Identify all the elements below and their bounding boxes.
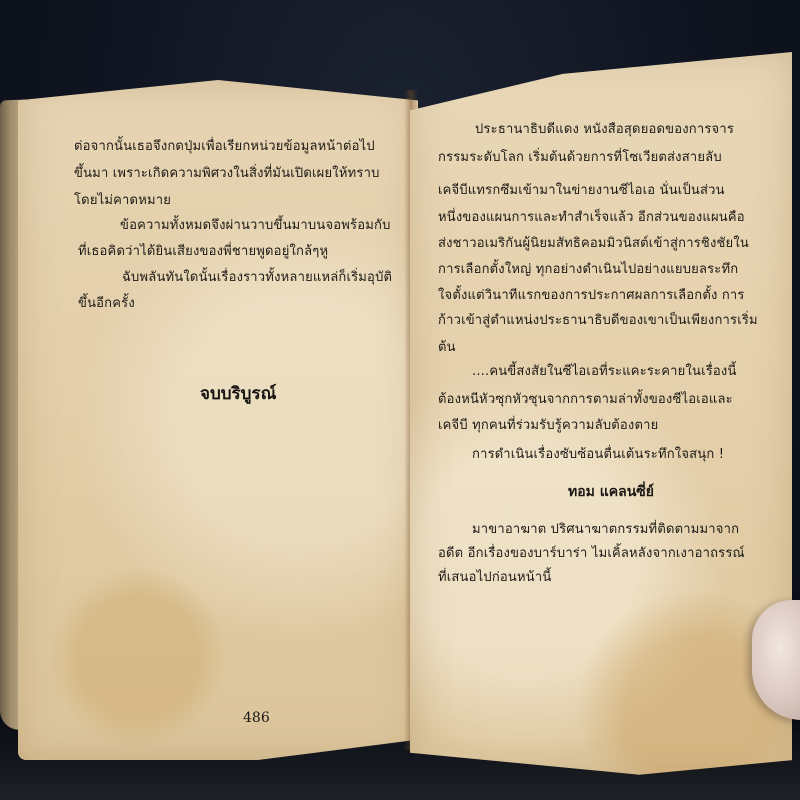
right-line-10: ....คนขี้สงสัยในซีไอเอที่ระแคะระคายในเรื… xyxy=(472,360,737,381)
right-next-line-3: ที่เสนอไปก่อนหน้านี้ xyxy=(438,566,551,587)
author-name: ทอม แคลนซี่ย์ xyxy=(568,481,654,503)
right-line-6: การเลือกตั้งใหญ่ ทุกอย่างดำเนินไปอย่างแย… xyxy=(438,258,738,279)
right-line-9: ต้น xyxy=(438,336,456,357)
left-line-5: ที่เธอคิดว่าได้ยินเสียงของพี่ชายพูดอยู่ใ… xyxy=(78,240,328,261)
right-next-line-2: อดีต อีกเรื่องของบาร์บาร่า ไมเคิ้ลหลังจา… xyxy=(438,542,745,563)
left-line-7: ขึ้นอีกครั้ง xyxy=(78,292,135,313)
left-line-2: ขึ้นมา เพราะเกิดความพิศวงในสิ่งที่มันเปิ… xyxy=(74,162,380,183)
right-line-3: เคจีบีแทรกซึมเข้ามาในข่ายงานซีไอเอ นั่นเ… xyxy=(438,179,725,200)
left-line-3: โดยไม่คาดหมาย xyxy=(74,189,171,210)
right-line-5: ส่งชาวอเมริกันผู้นิยมสัทธิคอมมิวนิสต์เข้… xyxy=(438,232,749,253)
right-line-13: การดำเนินเรื่องซับซ้อนตื่นเต้นระทึกใจสนุ… xyxy=(472,443,724,464)
left-line-4: ข้อความทั้งหมดจึงผ่านวาบขึ้นมาบนจอพร้อมก… xyxy=(120,214,391,235)
right-line-1: ประธานาธิบดีแดง หนังสือสุดยอดของการจาร xyxy=(475,118,734,139)
left-line-1: ต่อจากนั้นเธอจึงกดปุ่มเพื่อเรียกหน่วยข้อ… xyxy=(74,135,375,156)
right-next-line-1: มาขาอาฆาต ปริศนาฆาตกรรมที่ติดตามมาจาก xyxy=(472,518,739,539)
right-line-7: ใจตั้งแต่วินาทีแรกของการประกาศผลการเลือก… xyxy=(438,284,745,305)
right-line-12: เคจีบี ทุกคนที่ร่วมรับรู้ความลับต้องตาย xyxy=(438,414,658,435)
page-number: 486 xyxy=(243,710,270,726)
story-ending-heading: จบบริบูรณ์ xyxy=(200,380,276,407)
right-line-8: ก้าวเข้าสู่ตำแหน่งประธานาธิบดีของเขาเป็น… xyxy=(438,309,758,330)
right-line-2: กรรมระดับโลก เริ่มต้นด้วยการที่โซเวียตส่… xyxy=(438,146,722,167)
left-line-6: ฉับพลันทันใดนั้นเรื่องราวทั้งหลายแหล่ก็เ… xyxy=(122,266,392,287)
right-line-4: หนึ่งของแผนการและทำสำเร็จแล้ว อีกส่วนของ… xyxy=(438,206,745,227)
right-line-11: ต้องหนีหัวซุกหัวซุนจากการตามล่าทั้งของซี… xyxy=(438,388,733,409)
